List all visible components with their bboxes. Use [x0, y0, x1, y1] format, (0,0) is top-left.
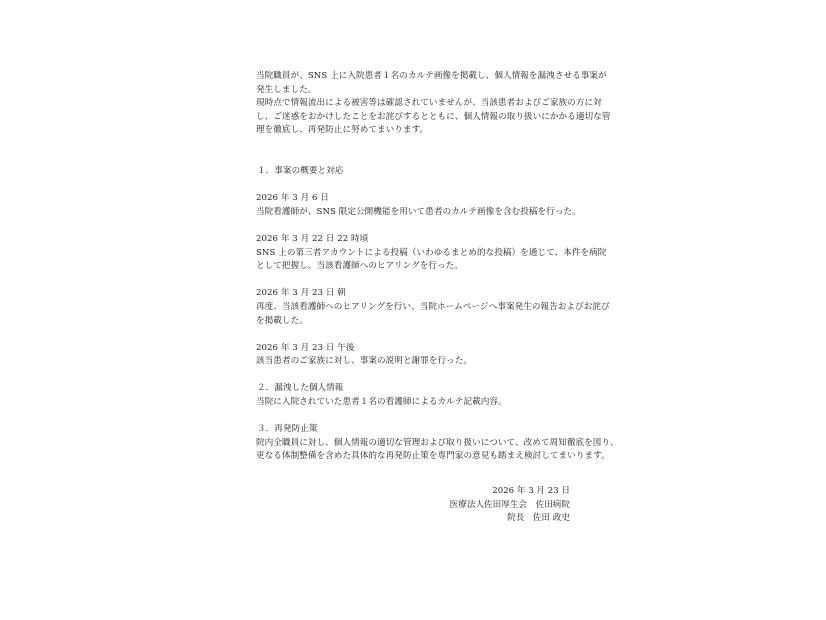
spacer	[256, 369, 586, 383]
intro-line: 理を徹底し、再発防止に努めてまいります。	[256, 124, 586, 138]
spacer	[256, 410, 586, 424]
section-overview: １．事案の概要と対応 2026 年 3 月 6 日 当院看護師が、SNS 限定公…	[256, 165, 586, 369]
timeline-event: 2026 年 3 月 22 日 22 時頃 SNS 上の第三者アカウントによる投…	[256, 233, 586, 274]
section-leaked-info: ２．漏洩した個人情報 当院に入院されていた患者１名の看護師によるカルテ記載内容。	[256, 382, 586, 409]
signature-director: 院長 佐田 政史	[450, 512, 570, 526]
event-text: SNS 上の第三者アカウントによる投稿（いわゆるまとめ的な投稿）を通じて、本件を…	[256, 247, 586, 261]
event-date: 2026 年 3 月 23 日 朝	[256, 287, 586, 301]
intro-line: 発生しました。	[256, 84, 586, 98]
spacer	[256, 328, 586, 342]
spacer	[256, 219, 586, 233]
event-text: 該当患者のご家族に対し、事案の説明と謝罪を行った。	[256, 355, 586, 369]
spacer	[256, 138, 586, 165]
section-heading: ３．再発防止策	[256, 423, 586, 437]
signature-organization: 医療法人佐田厚生会 佐田病院	[450, 499, 570, 513]
timeline-event: 2026 年 3 月 23 日 午後 該当患者のご家族に対し、事案の説明と謝罪を…	[256, 342, 586, 369]
section-text: 院内全職員に対し、個人情報の適切な管理および取り扱いについて、改めて周知徹底を図…	[256, 437, 586, 451]
event-text: 再度、当該看護師へのヒアリングを行い、当院ホームページへ事案発生の報告およびお詫…	[256, 301, 586, 315]
spacer	[256, 274, 586, 288]
section-prevention: ３．再発防止策 院内全職員に対し、個人情報の適切な管理および取り扱いについて、改…	[256, 423, 586, 464]
intro-paragraph: 当院職員が、SNS 上に入院患者１名のカルテ画像を掲載し、個人情報を漏洩させる事…	[256, 70, 586, 138]
intro-line: 当院職員が、SNS 上に入院患者１名のカルテ画像を掲載し、個人情報を漏洩させる事…	[256, 70, 586, 84]
section-text: 当院に入院されていた患者１名の看護師によるカルテ記載内容。	[256, 396, 586, 410]
timeline-event: 2026 年 3 月 6 日 当院看護師が、SNS 限定公開機能を用いて患者のカ…	[256, 192, 586, 219]
event-date: 2026 年 3 月 6 日	[256, 192, 586, 206]
intro-line: 現時点で情報流出による被害等は確認されていませんが、当該患者およびご家族の方に対	[256, 97, 586, 111]
signature-date: 2026 年 3 月 23 日	[450, 485, 570, 499]
notice-document: 当院職員が、SNS 上に入院患者１名のカルテ画像を掲載し、個人情報を漏洩させる事…	[256, 70, 586, 464]
timeline-event: 2026 年 3 月 23 日 朝 再度、当該看護師へのヒアリングを行い、当院ホ…	[256, 287, 586, 328]
event-text: 当院看護師が、SNS 限定公開機能を用いて患者のカルテ画像を含む投稿を行った。	[256, 206, 586, 220]
section-text: 更なる体制整備を含めた具体的な再発防止策を専門家の意見も踏まえ検討してまいります…	[256, 450, 586, 464]
spacer	[256, 179, 586, 193]
event-date: 2026 年 3 月 23 日 午後	[256, 342, 586, 356]
event-text: を掲載した。	[256, 315, 586, 329]
section-heading: ２．漏洩した個人情報	[256, 382, 586, 396]
event-date: 2026 年 3 月 22 日 22 時頃	[256, 233, 586, 247]
section-heading: １．事案の概要と対応	[256, 165, 586, 179]
signature-block: 2026 年 3 月 23 日 医療法人佐田厚生会 佐田病院 院長 佐田 政史	[450, 485, 570, 526]
intro-line: し、ご迷惑をおかけしたことをお詫びするとともに、個人情報の取り扱いにかかる適切な…	[256, 111, 586, 125]
event-text: として把握し、当該看護師へのヒアリングを行った。	[256, 260, 586, 274]
